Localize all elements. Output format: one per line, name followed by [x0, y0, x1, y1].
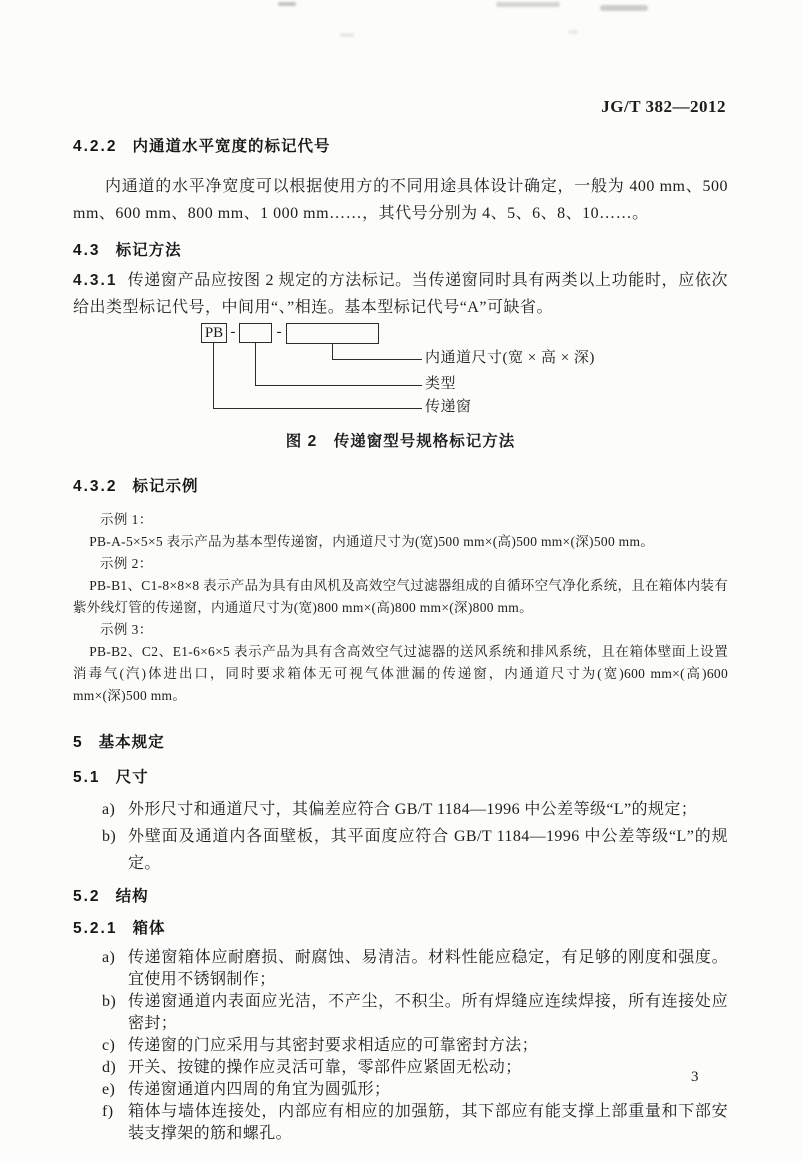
clause-title: 标记方法 — [116, 242, 182, 259]
figure-2-marking-diagram: PB - - 内通道尺寸(宽 × 高 × 深) 类型 传递窗 图 2 传递窗型号… — [73, 323, 728, 455]
figure-caption: 图 2 传递窗型号规格标记方法 — [73, 429, 728, 451]
list-marker: e) — [102, 1079, 115, 1101]
list-text: 外壁面及通道内各面壁板，其平面度应符合 GB/T 1184—1996 中公差等级… — [128, 828, 728, 872]
list-marker: b) — [102, 823, 116, 850]
list-text: 传递窗通道内四周的角宜为圆弧形； — [128, 1081, 390, 1098]
clause-title: 尺寸 — [116, 769, 149, 786]
list-marker: a) — [102, 947, 115, 969]
list-text: 开关、按键的操作应灵活可靠，零部件应紧固无松动； — [128, 1059, 522, 1076]
example-label: 示例 3： — [73, 619, 728, 641]
clause-number: 4.3.1 — [73, 272, 117, 289]
heading-4-2-2: 4.2.2内通道水平宽度的标记代号 — [73, 137, 728, 157]
clause-title: 基本规定 — [99, 734, 165, 751]
heading-5: 5基本规定 — [73, 733, 728, 753]
list-marker: b) — [102, 991, 116, 1013]
figure-label-product: 传递窗 — [425, 398, 472, 416]
figure-label-type: 类型 — [425, 375, 456, 393]
example-label: 示例 2： — [73, 553, 728, 575]
clause-title: 结构 — [116, 888, 149, 905]
document-page: JG/T 382—2012 4.2.2内通道水平宽度的标记代号 内通道的水平净宽… — [0, 0, 803, 1161]
clause-number: 5.2.1 — [73, 920, 117, 937]
clause-number: 5 — [73, 734, 84, 751]
example-text: PB-B2、C2、E1-6×6×5 表示产品为具有含高效空气过滤器的送风系统和排… — [73, 641, 728, 707]
heading-5-2-1: 5.2.1箱体 — [73, 919, 728, 939]
clause-title: 标记示例 — [132, 478, 198, 495]
list-marker: c) — [102, 1035, 115, 1057]
paragraph-4-2-2: 内通道的水平净宽度可以根据使用方的不同用途具体设计确定，一般为 400 mm、5… — [73, 173, 728, 227]
clause-title: 箱体 — [132, 920, 165, 937]
page-number: 3 — [691, 1069, 699, 1086]
list-item: d) 开关、按键的操作应灵活可靠，零部件应紧固无松动； — [73, 1057, 728, 1079]
heading-5-1: 5.1尺寸 — [73, 768, 728, 788]
list-marker: a) — [102, 796, 115, 823]
list-text: 传递窗的门应采用与其密封要求相适应的可靠密封方法； — [128, 1037, 538, 1054]
list-item: b) 传递窗通道内表面应光洁，不产尘，不积尘。所有焊缝应连续焊接，所有连接处应密… — [73, 991, 728, 1035]
page-content: 4.2.2内通道水平宽度的标记代号 内通道的水平净宽度可以根据使用方的不同用途具… — [73, 0, 728, 1145]
list-item: f) 箱体与墙体连接处，内部应有相应的加强筋，其下部应有能支撑上部重量和下部安装… — [73, 1101, 728, 1145]
list-text: 外形尺寸和通道尺寸，其偏差应符合 GB/T 1184—1996 中公差等级“L”… — [128, 801, 697, 818]
list-text: 箱体与墙体连接处，内部应有相应的加强筋，其下部应有能支撑上部重量和下部安装支撑架… — [128, 1103, 728, 1142]
example-label: 示例 1： — [73, 509, 728, 531]
paragraph-4-3-1: 4.3.1传递窗产品应按图 2 规定的方法标记。当传递窗同时具有两类以上功能时，… — [73, 267, 728, 321]
clause-number: 4.2.2 — [73, 138, 117, 155]
figure-label-size: 内通道尺寸(宽 × 高 × 深) — [425, 349, 595, 367]
list-item: a) 外形尺寸和通道尺寸，其偏差应符合 GB/T 1184—1996 中公差等级… — [73, 796, 728, 823]
list-5-1: a) 外形尺寸和通道尺寸，其偏差应符合 GB/T 1184—1996 中公差等级… — [73, 796, 728, 877]
clause-title: 内通道水平宽度的标记代号 — [132, 138, 330, 155]
clause-number: 5.1 — [73, 769, 101, 786]
example-text: PB-A-5×5×5 表示产品为基本型传递窗，内通道尺寸为(宽)500 mm×(… — [73, 531, 728, 553]
clause-number: 4.3.2 — [73, 478, 117, 495]
model-prefix-box: PB — [201, 323, 227, 343]
list-item: a) 传递窗箱体应耐磨损、耐腐蚀、易清洁。材料性能应稳定，有足够的刚度和强度。宜… — [73, 947, 728, 991]
clause-number: 5.2 — [73, 888, 101, 905]
dash-separator: - — [227, 323, 239, 343]
size-code-box — [286, 323, 379, 344]
example-text: PB-B1、C1-8×8×8 表示产品为具有由风机及高效空气过滤器组成的自循环空… — [73, 575, 728, 619]
heading-4-3: 4.3标记方法 — [73, 241, 728, 261]
list-marker: f) — [102, 1101, 113, 1123]
list-text: 传递窗箱体应耐磨损、耐腐蚀、易清洁。材料性能应稳定，有足够的刚度和强度。宜使用不… — [128, 949, 728, 988]
list-marker: d) — [102, 1057, 116, 1079]
connector-line — [332, 344, 422, 360]
list-text: 传递窗通道内表面应光洁，不产尘，不积尘。所有焊缝应连续焊接，所有连接处应密封； — [128, 993, 728, 1032]
clause-number: 4.3 — [73, 242, 101, 259]
heading-5-2: 5.2结构 — [73, 887, 728, 907]
dash-separator: - — [272, 323, 286, 343]
list-item: c) 传递窗的门应采用与其密封要求相适应的可靠密封方法； — [73, 1035, 728, 1057]
list-item: e) 传递窗通道内四周的角宜为圆弧形； — [73, 1079, 728, 1101]
type-code-box — [239, 323, 272, 343]
heading-4-3-2: 4.3.2标记示例 — [73, 477, 728, 497]
list-item: b) 外壁面及通道内各面壁板，其平面度应符合 GB/T 1184—1996 中公… — [73, 823, 728, 877]
list-5-2-1: a) 传递窗箱体应耐磨损、耐腐蚀、易清洁。材料性能应稳定，有足够的刚度和强度。宜… — [73, 947, 728, 1145]
clause-text: 传递窗产品应按图 2 规定的方法标记。当传递窗同时具有两类以上功能时，应依次给出… — [73, 272, 728, 316]
